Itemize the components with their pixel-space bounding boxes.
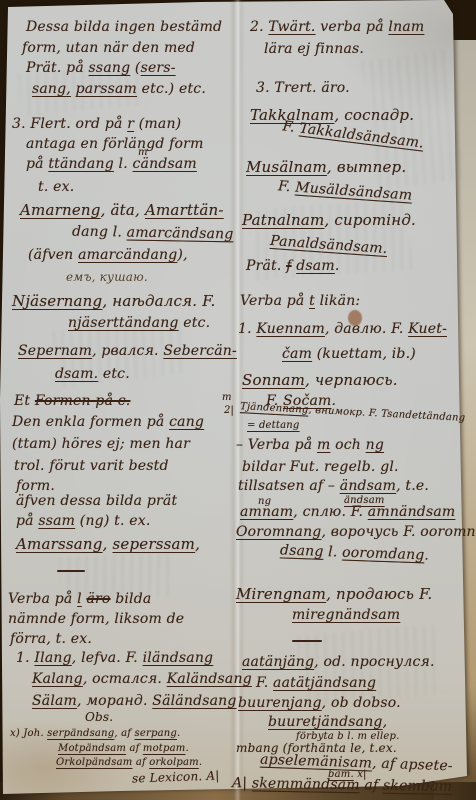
handwritten-text: (kuettam, ib.) bbox=[312, 346, 416, 362]
manuscript-line: dsam. etc. bbox=[55, 367, 130, 382]
manuscript-line: buurenjang, ob dobso. bbox=[238, 696, 401, 711]
handwritten-text: (ng) t. ex. bbox=[75, 513, 150, 529]
manuscript-line: Orkolpändsam af orkolpam. bbox=[56, 757, 202, 768]
manuscript-line: Mirengnam, продаюсь F. bbox=[236, 586, 432, 603]
handwritten-text: iländsang bbox=[143, 650, 214, 666]
handwritten-text: Kuennam bbox=[256, 321, 325, 337]
handwritten-text: , наѣдался. F. bbox=[102, 292, 215, 310]
handwritten-text: dsang bbox=[280, 542, 324, 560]
handwritten-text: 1. bbox=[238, 321, 256, 337]
manuscript-line: amnam, сплю. F. amnändsam bbox=[240, 505, 455, 520]
handwritten-text: , черпаюсь. bbox=[305, 371, 398, 389]
manuscript-line: = dettang bbox=[247, 420, 300, 431]
handwritten-text: x) Joh. bbox=[10, 728, 47, 739]
handwritten-text: , äta, bbox=[101, 201, 145, 219]
manuscript-line: dang l. amarcändsang bbox=[72, 225, 234, 243]
handwritten-text: = dettang bbox=[247, 420, 300, 431]
manuscript-line: antaga en förlängd form bbox=[26, 137, 204, 152]
handwritten-text: miregnändsam bbox=[292, 607, 400, 623]
handwritten-text: etc. bbox=[179, 315, 211, 331]
handwritten-text: af bbox=[126, 743, 143, 754]
handwritten-text: orkolpam bbox=[149, 757, 199, 768]
manuscript-line: Verba på t likän: bbox=[240, 294, 360, 309]
handwritten-text: Twärt. bbox=[268, 19, 315, 35]
handwritten-text: , продаюсь F. bbox=[326, 585, 432, 603]
manuscript-line: Amarssang, seperssam, bbox=[16, 536, 200, 553]
handwritten-text: . bbox=[199, 757, 202, 768]
handwritten-text: tillsatsen af – bbox=[238, 478, 340, 494]
manuscript-line: 1. Kuennam, давлю. F. Kuet- bbox=[238, 322, 447, 337]
handwritten-text: på bbox=[16, 513, 38, 529]
handwritten-text: Säländsang bbox=[152, 693, 236, 709]
handwritten-text: , соспадр. bbox=[334, 106, 414, 124]
manuscript-line: aatänjäng, od. проснулся. bbox=[242, 655, 435, 670]
manuscript-line: Amarneng, äta, Amarttän- bbox=[20, 202, 224, 219]
handwritten-text: buuretjändsang bbox=[268, 714, 383, 730]
manuscript-line: A| skemmändsam af skembam bbox=[232, 776, 452, 795]
manuscript-line: sang, parssam etc.) etc. bbox=[32, 82, 206, 97]
handwritten-text: (man) bbox=[134, 116, 181, 132]
manuscript-line: Sepernam, рвался. Sebercän- bbox=[18, 344, 237, 359]
handwritten-text: Amarssang bbox=[16, 535, 103, 553]
handwritten-text: ssang bbox=[89, 60, 131, 76]
handwritten-text: емъ, кушаю. bbox=[66, 270, 148, 284]
handwritten-text: Patnalnam bbox=[242, 211, 324, 229]
divider-rule bbox=[292, 640, 322, 642]
manuscript-line: buuretjändsang, bbox=[268, 715, 387, 730]
handwritten-text: , сиротінд. bbox=[324, 211, 416, 229]
handwritten-text: . bbox=[177, 728, 180, 739]
handwritten-text: Verba på bbox=[8, 591, 77, 607]
handwritten-text: , рвался. bbox=[92, 343, 163, 359]
handwritten-text: bildar Fut. regelb. gl. bbox=[242, 459, 399, 475]
handwritten-text: , bbox=[195, 535, 200, 553]
handwritten-text: Amarttän- bbox=[145, 201, 224, 219]
handwritten-text: Kaländsang bbox=[167, 671, 252, 687]
manuscript-line: Prät. på ssang (sers- bbox=[26, 61, 176, 76]
divider-rule bbox=[57, 570, 85, 572]
handwritten-text: buurenjang bbox=[238, 695, 322, 711]
manuscript-line: емъ, кушаю. bbox=[66, 271, 148, 284]
handwritten-text: Formen på c. bbox=[35, 393, 131, 409]
handwritten-text: F. bbox=[278, 178, 296, 195]
manuscript-photo: Dessa bilda ingen bestämdform, utan när … bbox=[0, 0, 476, 800]
handwritten-text: ng bbox=[366, 437, 384, 453]
handwritten-text: nämnde form, liksom de bbox=[8, 611, 184, 627]
handwritten-text: trol. förut varit bestd bbox=[14, 458, 169, 474]
handwritten-text: Sebercän- bbox=[163, 343, 237, 359]
handwritten-text: Mirengnam bbox=[236, 585, 326, 603]
handwritten-text: , od. проснулся. bbox=[314, 654, 434, 670]
handwritten-text: čam bbox=[282, 346, 312, 362]
handwritten-text: af bbox=[132, 757, 149, 768]
handwritten-text: , вытпер. bbox=[327, 158, 406, 176]
handwritten-text: likän: bbox=[315, 293, 360, 309]
manuscript-line: – Verba på m och ng bbox=[236, 438, 384, 453]
manuscript-line: Musälnam, вытпер. bbox=[246, 159, 406, 176]
handwritten-text: etc. bbox=[98, 366, 130, 382]
handwritten-text: Prät. på bbox=[26, 60, 89, 76]
manuscript-line: 3. Flert. ord på r (man) bbox=[12, 117, 181, 132]
handwritten-text: cändsam bbox=[133, 156, 197, 172]
manuscript-line: 2. Twärt. verba på lnam bbox=[250, 20, 424, 35]
manuscript-line: čam (kuettam, ib.) bbox=[282, 347, 416, 362]
handwritten-text: Amarneng bbox=[20, 201, 101, 219]
manuscript-line: på ttändang l. cändsam bbox=[26, 157, 197, 172]
handwritten-text: ttändang bbox=[48, 156, 114, 172]
manuscript-line: bildar Fut. regelb. gl. bbox=[242, 460, 399, 475]
manuscript-line: 3. Trert. äro. bbox=[256, 81, 350, 96]
handwritten-text: seperssam bbox=[113, 535, 196, 553]
handwritten-text: ), bbox=[177, 247, 187, 263]
handwritten-text: njäserttändang bbox=[68, 315, 179, 331]
handwritten-text: sers- bbox=[141, 60, 176, 76]
handwritten-text: cang bbox=[169, 414, 204, 430]
handwritten-text: etc.) etc. bbox=[137, 81, 206, 97]
manuscript-line: förra, t. ex. bbox=[10, 632, 92, 647]
handwritten-text: , ворочусь F. ooromnän- bbox=[321, 524, 476, 540]
handwritten-text: 3. Trert. äro. bbox=[256, 80, 350, 96]
handwritten-text: , ob dobso. bbox=[322, 695, 401, 711]
handwritten-text: antaga en förlängd form bbox=[26, 136, 204, 152]
handwritten-text: amarcändang bbox=[78, 247, 177, 263]
handwritten-text: – Verba på bbox=[236, 437, 317, 453]
manuscript-line: nämnde form, liksom de bbox=[8, 612, 184, 627]
manuscript-line: 2| bbox=[224, 405, 234, 416]
handwritten-text: 2| bbox=[224, 405, 234, 416]
handwritten-text: dsam bbox=[296, 258, 335, 274]
handwritten-text: , сплю. F. bbox=[293, 504, 368, 520]
handwritten-text: F. bbox=[282, 118, 301, 136]
manuscript-line: F. Takkaldsändsam. bbox=[282, 119, 425, 152]
manuscript-line: Motpändsam af motpam. bbox=[58, 743, 189, 754]
handwritten-text: Verba på bbox=[240, 293, 309, 309]
manuscript-line: Patnalnam, сиротінд. bbox=[242, 212, 416, 229]
handwritten-text: 2. bbox=[250, 19, 268, 35]
handwritten-text: . bbox=[185, 743, 188, 754]
handwritten-text: dang l. bbox=[72, 224, 127, 241]
handwritten-text: (äfven bbox=[28, 247, 78, 263]
manuscript-line: se Lexicon. A| bbox=[132, 769, 220, 785]
manuscript-line: Takkalnam, соспадр. bbox=[250, 107, 414, 124]
handwritten-text: dsam. bbox=[55, 366, 98, 382]
manuscript-line: tillsatsen af – ändsam, t.e. bbox=[238, 479, 429, 494]
manuscript-line: form, utan när den med bbox=[22, 41, 195, 56]
manuscript-line: Den enkla formen på cang bbox=[12, 415, 204, 430]
manuscript-line: äfven dessa bilda prät bbox=[16, 494, 177, 509]
handwritten-text: Musäldsändsam bbox=[295, 180, 413, 204]
handwritten-text: Kalang bbox=[32, 671, 83, 687]
handwritten-text: , af bbox=[114, 728, 134, 739]
manuscript-line: njäserttändang etc. bbox=[68, 316, 210, 331]
manuscript-line: miregnändsam bbox=[292, 608, 400, 623]
handwritten-text: (ttam) höres ej; men har bbox=[12, 436, 190, 452]
handwritten-text: Orkolpändsam bbox=[56, 757, 132, 768]
manuscript-line: Verba på l äro bilda bbox=[8, 592, 151, 607]
handwritten-text: Sepernam bbox=[18, 343, 92, 359]
handwritten-text: 1. bbox=[16, 650, 34, 666]
handwritten-text: Prät. bbox=[246, 258, 286, 274]
handwritten-text: l. bbox=[323, 544, 342, 561]
handwritten-text: förra, t. ex. bbox=[10, 631, 92, 647]
handwritten-text: Panaldsändsam. bbox=[270, 233, 388, 257]
handwritten-text: lära ej finnas. bbox=[264, 41, 364, 57]
handwritten-text: aatänjäng bbox=[242, 654, 314, 670]
handwritten-text: serpändsang bbox=[47, 728, 114, 739]
handwritten-text: äfven dessa bilda prät bbox=[16, 493, 177, 509]
handwritten-text: Et bbox=[14, 393, 35, 409]
manuscript-line: Obs. bbox=[85, 711, 113, 724]
handwritten-text: Dessa bilda ingen bestämd bbox=[26, 19, 222, 35]
handwritten-text: Musälnam bbox=[246, 158, 327, 176]
handwritten-text: Takkaldsändsam. bbox=[299, 120, 425, 151]
manuscript-line: Prät. f dsam. bbox=[246, 259, 339, 274]
manuscript-line: F. aatätjändsang bbox=[256, 676, 376, 691]
handwritten-text: verba på bbox=[316, 19, 389, 35]
manuscript-line: trol. förut varit bestd bbox=[14, 459, 169, 474]
handwritten-text: se Lexicon. A| bbox=[132, 768, 220, 785]
manuscript-line: Kalang, остался. Kaländsang bbox=[32, 672, 252, 687]
handwritten-text: , bbox=[383, 714, 388, 730]
manuscript-line: Njäsernang, наѣдался. F. bbox=[12, 293, 215, 310]
handwritten-text: Tjändennang bbox=[240, 401, 309, 416]
manuscript-line: x) Joh. serpändsang, af serpang. bbox=[10, 728, 180, 739]
handwritten-text: , остался. bbox=[83, 671, 167, 687]
handwritten-text: och bbox=[330, 437, 365, 453]
handwritten-text: ( bbox=[130, 60, 140, 76]
manuscript-line: Dessa bilda ingen bestämd bbox=[26, 20, 222, 35]
handwritten-text: form. bbox=[16, 478, 55, 494]
handwriting-layer: Dessa bilda ingen bestämdform, utan när … bbox=[0, 0, 476, 800]
manuscript-line: på ssam (ng) t. ex. bbox=[16, 514, 151, 529]
handwritten-text: Njäsernang bbox=[12, 292, 102, 310]
handwritten-text: ssam bbox=[38, 513, 75, 529]
handwritten-text: af bbox=[360, 777, 384, 793]
handwritten-text: t. ex. bbox=[38, 179, 74, 195]
handwritten-text: motpam bbox=[143, 743, 186, 754]
handwritten-text: . bbox=[424, 547, 429, 563]
manuscript-line: Ooromnang, ворочусь F. ooromnän- bbox=[236, 525, 476, 540]
handwritten-text: amnändsam bbox=[368, 504, 456, 520]
handwritten-text: Motpändsam bbox=[58, 743, 126, 754]
handwritten-text: , давлю. F. bbox=[325, 321, 408, 337]
manuscript-line: t. ex. bbox=[38, 180, 74, 195]
handwritten-text: . bbox=[335, 258, 340, 274]
handwritten-text: bilda bbox=[111, 591, 152, 607]
manuscript-line: (äfven amarcändang), bbox=[28, 248, 188, 263]
manuscript-line: m bbox=[222, 392, 232, 403]
handwritten-text: äro bbox=[86, 591, 110, 607]
handwritten-text: på bbox=[26, 156, 48, 172]
handwritten-text: ändsam bbox=[340, 478, 396, 494]
manuscript-line: Sonnam, черпаюсь. bbox=[242, 372, 398, 389]
handwritten-text: Ooromnang bbox=[236, 524, 321, 540]
handwritten-text: , t.e. bbox=[396, 478, 429, 494]
handwritten-text: , af apsete- bbox=[372, 756, 453, 775]
handwritten-text: Obs. bbox=[85, 710, 113, 724]
manuscript-line: (ttam) höres ej; men har bbox=[12, 437, 190, 452]
handwritten-text: , моранд. bbox=[77, 693, 152, 709]
handwritten-text: parssam bbox=[76, 81, 137, 97]
handwritten-text: amarcändsang bbox=[127, 225, 234, 243]
manuscript-line: Sälam, моранд. Säländsang bbox=[32, 694, 237, 709]
handwritten-text: , bbox=[103, 535, 113, 553]
handwritten-text: F. bbox=[256, 675, 273, 691]
handwritten-text: , lefva. F. bbox=[72, 650, 143, 666]
handwritten-text: skembam bbox=[383, 778, 452, 795]
manuscript-line: 1. Ilang, lefva. F. iländsang bbox=[16, 651, 213, 666]
handwritten-text: 3. Flert. ord på bbox=[12, 116, 127, 132]
handwritten-text: amnam bbox=[240, 504, 293, 520]
handwritten-text: Sälam bbox=[32, 693, 77, 709]
handwritten-text: Ilang bbox=[34, 650, 71, 666]
handwritten-text: Den enkla formen på bbox=[12, 414, 169, 430]
handwritten-text: lnam bbox=[388, 19, 424, 35]
handwritten-text: Kuet- bbox=[408, 321, 447, 337]
manuscript-line: lära ej finnas. bbox=[264, 42, 364, 57]
handwritten-text: serpang bbox=[135, 728, 177, 739]
handwritten-text: form, utan när den med bbox=[22, 40, 195, 56]
handwritten-text: m bbox=[317, 437, 330, 453]
handwritten-text: l. bbox=[114, 156, 133, 172]
handwritten-text: f bbox=[286, 258, 291, 274]
manuscript-line: Et Formen på c. bbox=[14, 394, 130, 409]
handwritten-text: ooromdang bbox=[342, 545, 425, 564]
handwritten-text: sang, bbox=[32, 81, 71, 97]
manuscript-line: F. Musäldsändsam bbox=[278, 179, 413, 204]
handwritten-text: Sonnam bbox=[242, 371, 305, 389]
handwritten-text: , внимокр. F. Tsandettändang bbox=[308, 405, 465, 424]
manuscript-line: Panaldsändsam. bbox=[270, 234, 388, 258]
handwritten-text: skemmändsam bbox=[252, 775, 360, 793]
handwritten-text: aatätjändsang bbox=[273, 675, 376, 691]
manuscript-line: dsang l. ooromdang. bbox=[280, 543, 430, 564]
handwritten-text: m bbox=[222, 392, 232, 403]
handwritten-text: A| bbox=[232, 775, 252, 791]
